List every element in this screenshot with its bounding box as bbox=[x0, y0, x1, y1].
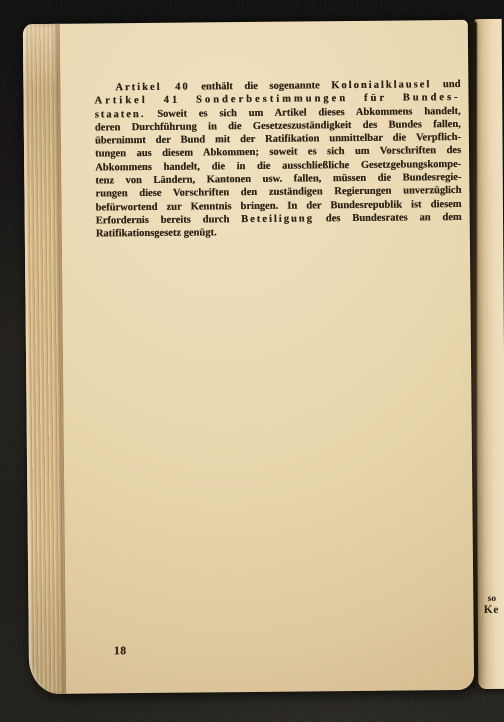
text-line: Ratifikationsgesetz genügt. bbox=[96, 224, 462, 241]
text-segment: des Bundesrates an dem bbox=[314, 212, 462, 224]
spaced-text-segment: Artikel 40 bbox=[115, 82, 189, 94]
next-page-word-fragment: Ke bbox=[484, 604, 499, 616]
book-page: Artikel 40 enthält die sogenannte Koloni… bbox=[23, 20, 474, 694]
text-segment: Erfordernis bereits durch bbox=[96, 214, 242, 226]
spaced-text-segment: staaten. bbox=[95, 109, 146, 120]
page-content: Artikel 40 enthält die sogenannte Koloni… bbox=[60, 20, 474, 694]
page-number: 18 bbox=[114, 645, 127, 657]
text-segment: Ratifikationsgesetz genügt. bbox=[96, 228, 217, 240]
spaced-text-segment: Kolonialklausel bbox=[331, 79, 431, 91]
next-page-text: so Ke bbox=[484, 595, 499, 616]
next-page-word-fragment: so bbox=[488, 595, 499, 604]
next-page-sliver: so Ke bbox=[474, 19, 504, 689]
text-segment: enthält die sogenannte bbox=[190, 80, 332, 92]
spaced-text-segment: Beteiligung bbox=[241, 213, 314, 225]
paragraph: Artikel 40 enthält die sogenannte Koloni… bbox=[94, 78, 462, 241]
scanned-book-photo: so Ke Artikel 40 enthält die sogenannte … bbox=[0, 0, 504, 722]
text-segment: und bbox=[431, 79, 460, 90]
page-edge-stack bbox=[23, 24, 66, 694]
